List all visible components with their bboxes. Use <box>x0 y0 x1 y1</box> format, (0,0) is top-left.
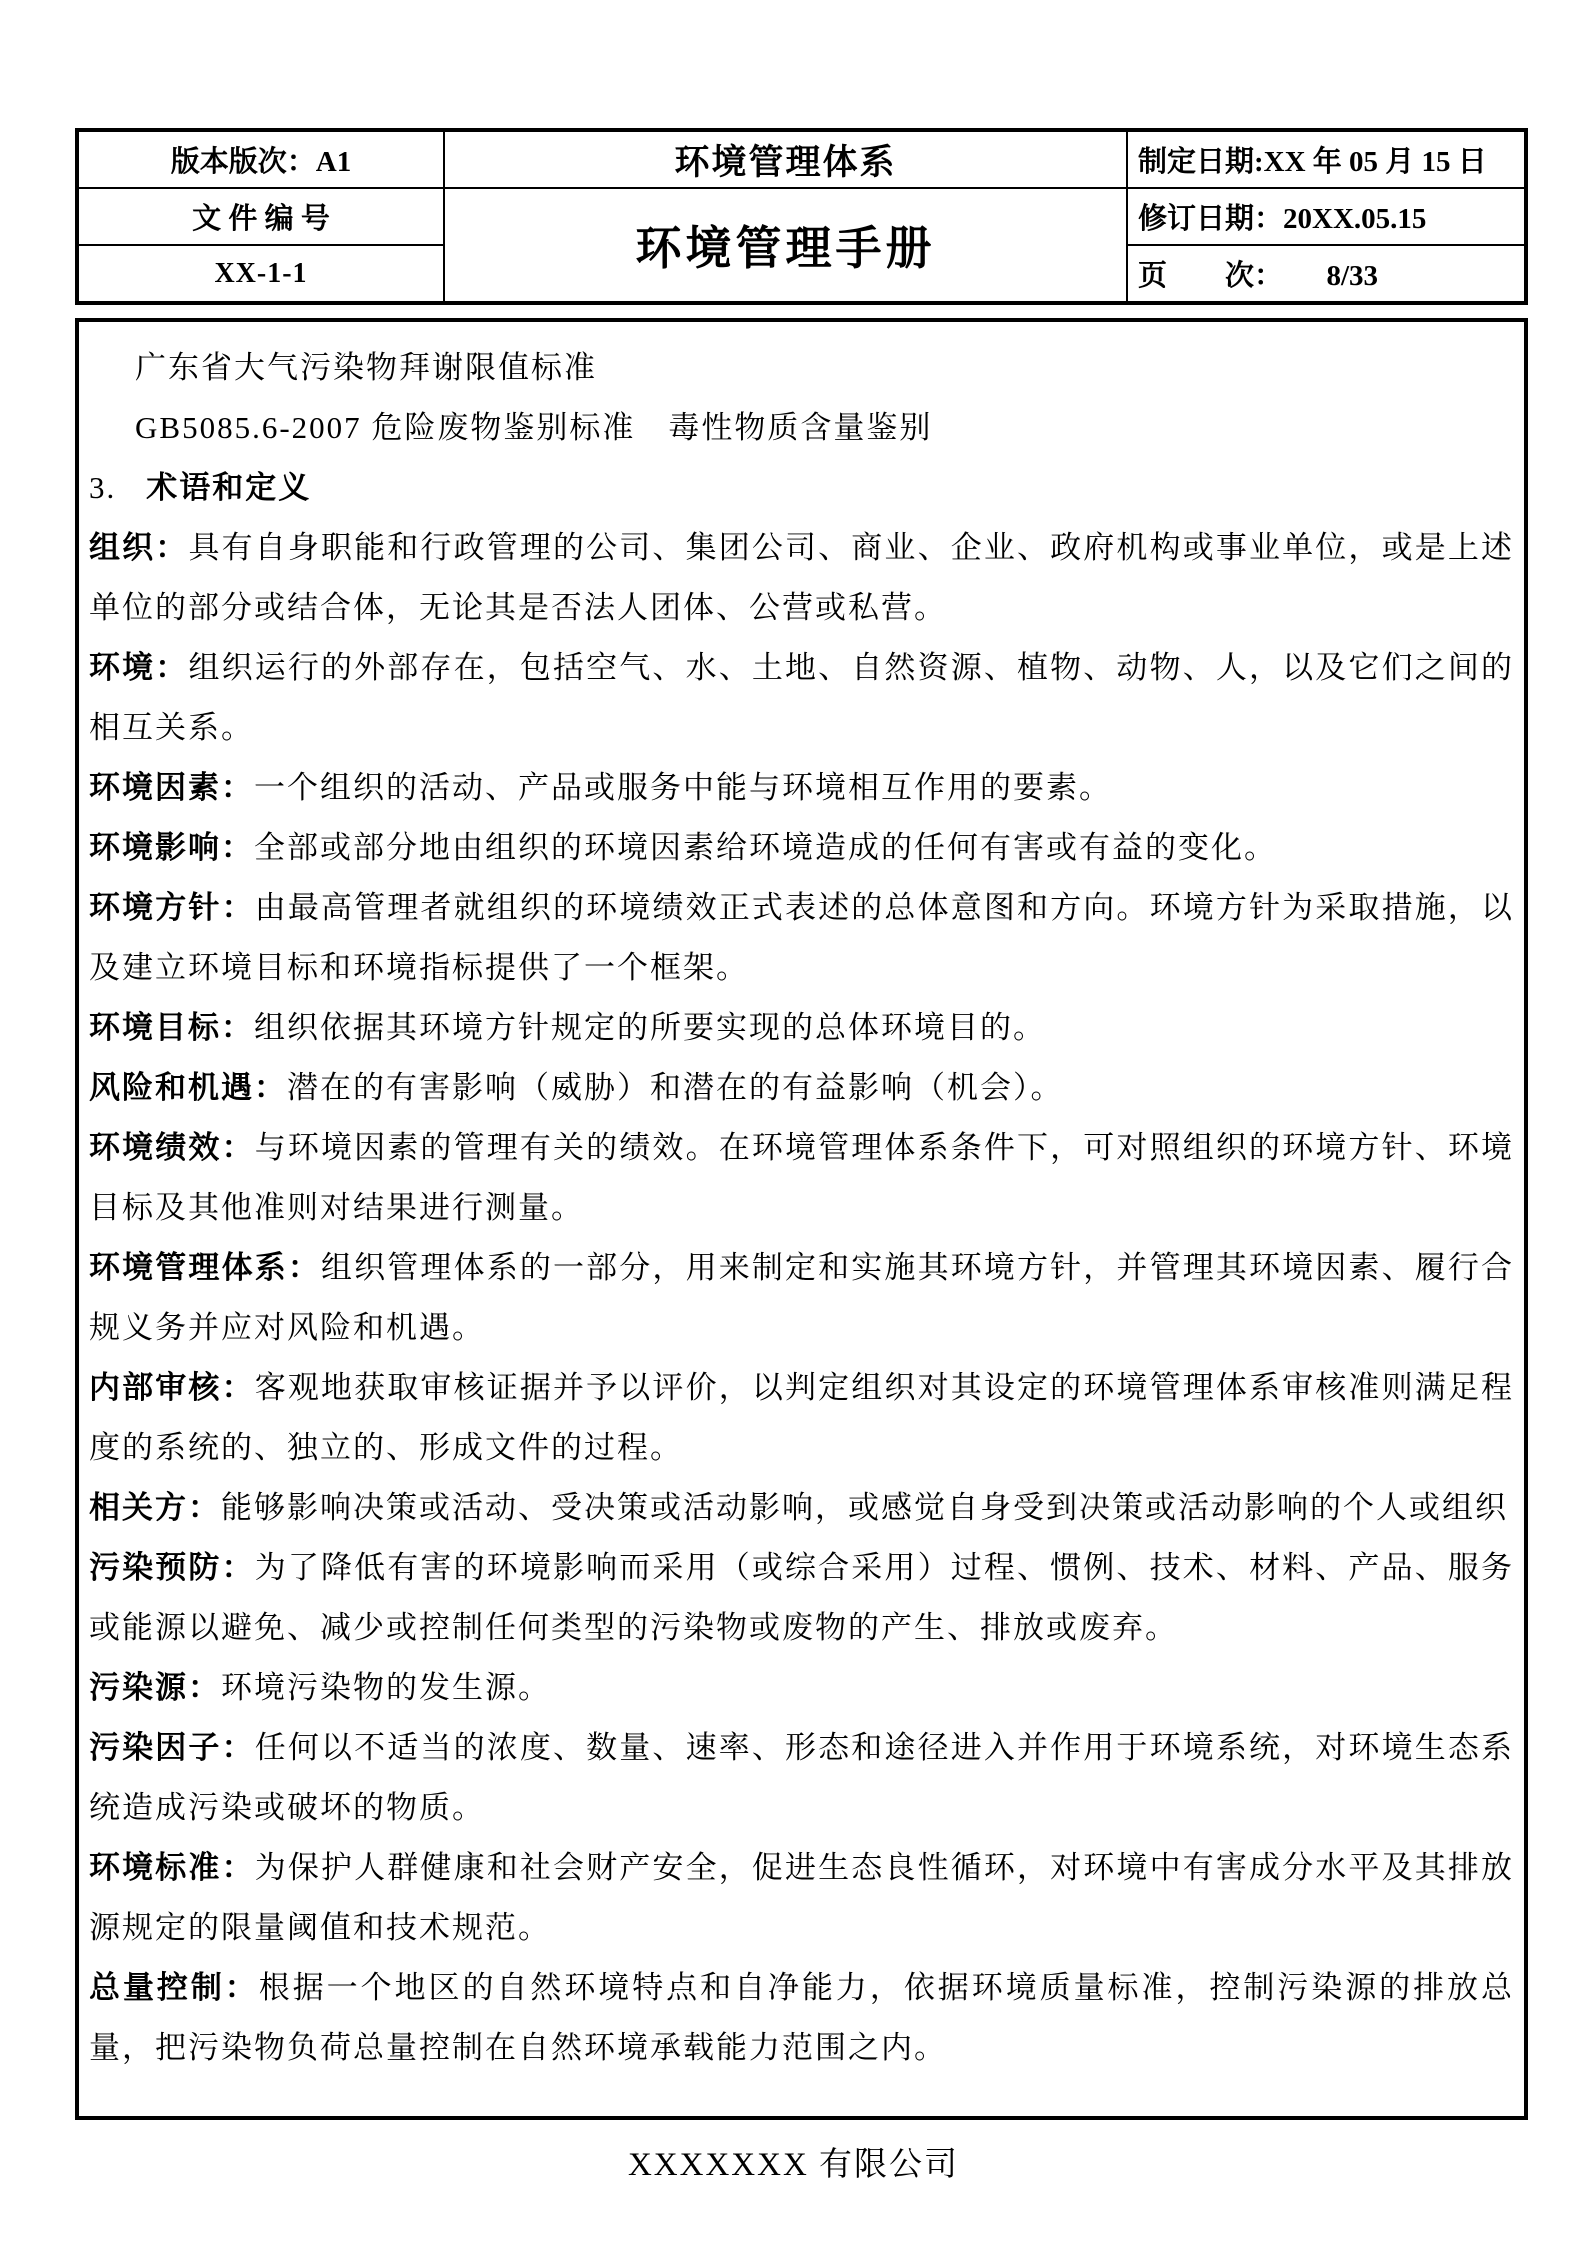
definition-paragraph: 环境：组织运行的外部存在，包括空气、水、土地、自然资源、植物、动物、人，以及它们… <box>89 638 1514 758</box>
system-title: 环境管理体系 <box>445 132 1128 189</box>
doc-number-value-cell: XX-1-1 <box>79 246 445 301</box>
definition-term: 环境方针： <box>89 890 255 925</box>
definition-text: 全部或部分地由组织的环境因素给环境造成的任何有害或有益的变化。 <box>254 830 1277 865</box>
definition-paragraph: 内部审核：客观地获取审核证据并予以评价，以判定组织对其设定的环境管理体系审核准则… <box>89 1358 1514 1478</box>
definition-term: 总量控制： <box>89 1970 259 2005</box>
definition-text: 一个组织的活动、产品或服务中能与环境相互作用的要素。 <box>254 770 1112 805</box>
definition-text: 为保护人群健康和社会财产安全，促进生态良性循环，对环境中有害成分水平及其排放源规… <box>89 1850 1514 1945</box>
definition-paragraph: 环境方针：由最高管理者就组织的环境绩效正式表述的总体意图和方向。环境方针为采取措… <box>89 878 1514 998</box>
section-heading: 3.术语和定义 <box>89 458 1514 518</box>
definition-term: 环境标准： <box>89 1850 255 1885</box>
definition-text: 具有自身职能和行政管理的公司、集团公司、商业、企业、政府机构或事业单位，或是上述… <box>89 530 1514 625</box>
definition-paragraph: 总量控制：根据一个地区的自然环境特点和自净能力，依据环境质量标准，控制污染源的排… <box>89 1958 1514 2078</box>
definition-term: 污染预防： <box>89 1550 255 1585</box>
definition-term: 内部审核： <box>89 1370 255 1405</box>
definition-term: 环境目标： <box>89 1010 254 1045</box>
document-page: 版本版次：A1 环境管理体系 制定日期:XX 年 05 月 15 日 文 件 编… <box>0 0 1587 2245</box>
definition-paragraph: 污染预防：为了降低有害的环境影响而采用（或综合采用）过程、惯例、技术、材料、产品… <box>89 1538 1514 1658</box>
definition-text: 为了降低有害的环境影响而采用（或综合采用）过程、惯例、技术、材料、产品、服务或能… <box>89 1550 1514 1645</box>
section-number: 3. <box>89 458 116 518</box>
definition-paragraph: 环境因素：一个组织的活动、产品或服务中能与环境相互作用的要素。 <box>89 758 1514 818</box>
reference-standard-line: GB5085.6-2007 危险废物鉴别标准 毒性物质含量鉴别 <box>89 398 1514 458</box>
definition-term: 污染因子： <box>89 1730 255 1765</box>
definition-term: 污染源： <box>89 1670 221 1705</box>
definition-paragraph: 污染因子：任何以不适当的浓度、数量、速率、形态和途径进入并作用于环境系统，对环境… <box>89 1718 1514 1838</box>
definition-term: 环境绩效： <box>89 1130 255 1165</box>
definition-paragraph: 环境管理体系：组织管理体系的一部分，用来制定和实施其环境方针，并管理其环境因素、… <box>89 1238 1514 1358</box>
definition-text: 由最高管理者就组织的环境绩效正式表述的总体意图和方向。环境方针为采取措施，以及建… <box>89 890 1514 985</box>
definition-paragraph: 环境目标：组织依据其环境方针规定的所要实现的总体环境目的。 <box>89 998 1514 1058</box>
definition-term: 风险和机遇： <box>89 1070 287 1105</box>
definition-term: 相关方： <box>89 1490 221 1525</box>
definition-term: 环境： <box>89 650 188 685</box>
definition-paragraph: 相关方：能够影响决策或活动、受决策或活动影响，或感觉自身受到决策或活动影响的个人… <box>89 1478 1514 1538</box>
made-date-cell: 制定日期:XX 年 05 月 15 日 <box>1128 132 1524 189</box>
definition-term: 环境管理体系： <box>89 1250 321 1285</box>
page-number-cell: 页 次： 8/33 <box>1128 246 1524 301</box>
revised-date-cell: 修订日期：20XX.05.15 <box>1128 189 1524 246</box>
definition-paragraph: 风险和机遇：潜在的有害影响（威胁）和潜在的有益影响（机会）。 <box>89 1058 1514 1118</box>
manual-title: 环境管理手册 <box>445 189 1128 301</box>
definition-text: 组织依据其环境方针规定的所要实现的总体环境目的。 <box>254 1010 1046 1045</box>
definition-text: 潜在的有害影响（威胁）和潜在的有益影响（机会）。 <box>287 1070 1064 1105</box>
section-title: 术语和定义 <box>146 470 311 505</box>
doc-number-label-cell: 文 件 编 号 <box>79 189 445 246</box>
definition-paragraph: 组织：具有自身职能和行政管理的公司、集团公司、商业、企业、政府机构或事业单位，或… <box>89 518 1514 638</box>
definition-text: 环境污染物的发生源。 <box>221 1670 551 1705</box>
definition-term: 环境因素： <box>89 770 254 805</box>
content-box: 广东省大气污染物拜谢限值标准 GB5085.6-2007 危险废物鉴别标准 毒性… <box>75 318 1528 2120</box>
reference-standard-line: 广东省大气污染物拜谢限值标准 <box>89 338 1514 398</box>
definition-term: 组织： <box>89 530 188 565</box>
definition-paragraph: 环境绩效：与环境因素的管理有关的绩效。在环境管理体系条件下，可对照组织的环境方针… <box>89 1118 1514 1238</box>
definition-text: 与环境因素的管理有关的绩效。在环境管理体系条件下，可对照组织的环境方针、环境目标… <box>89 1130 1514 1225</box>
definition-text: 组织运行的外部存在，包括空气、水、土地、自然资源、植物、动物、人，以及它们之间的… <box>89 650 1514 745</box>
definition-text: 客观地获取审核证据并予以评价，以判定组织对其设定的环境管理体系审核准则满足程度的… <box>89 1370 1514 1465</box>
definition-paragraph: 环境影响：全部或部分地由组织的环境因素给环境造成的任何有害或有益的变化。 <box>89 818 1514 878</box>
header-table: 版本版次：A1 环境管理体系 制定日期:XX 年 05 月 15 日 文 件 编… <box>75 128 1528 305</box>
company-footer: XXXXXXX 有限公司 <box>0 2138 1587 2185</box>
definition-text: 任何以不适当的浓度、数量、速率、形态和途径进入并作用于环境系统，对环境生态系统造… <box>89 1730 1514 1825</box>
definition-text: 根据一个地区的自然环境特点和自净能力，依据环境质量标准，控制污染源的排放总量，把… <box>89 1970 1514 2065</box>
definition-term: 环境影响： <box>89 830 254 865</box>
definition-paragraph: 污染源：环境污染物的发生源。 <box>89 1658 1514 1718</box>
definition-paragraph: 环境标准：为保护人群健康和社会财产安全，促进生态良性循环，对环境中有害成分水平及… <box>89 1838 1514 1958</box>
definition-text: 能够影响决策或活动、受决策或活动影响，或感觉自身受到决策或活动影响的个人或组织 <box>221 1490 1508 1525</box>
version-cell: 版本版次：A1 <box>79 132 445 189</box>
